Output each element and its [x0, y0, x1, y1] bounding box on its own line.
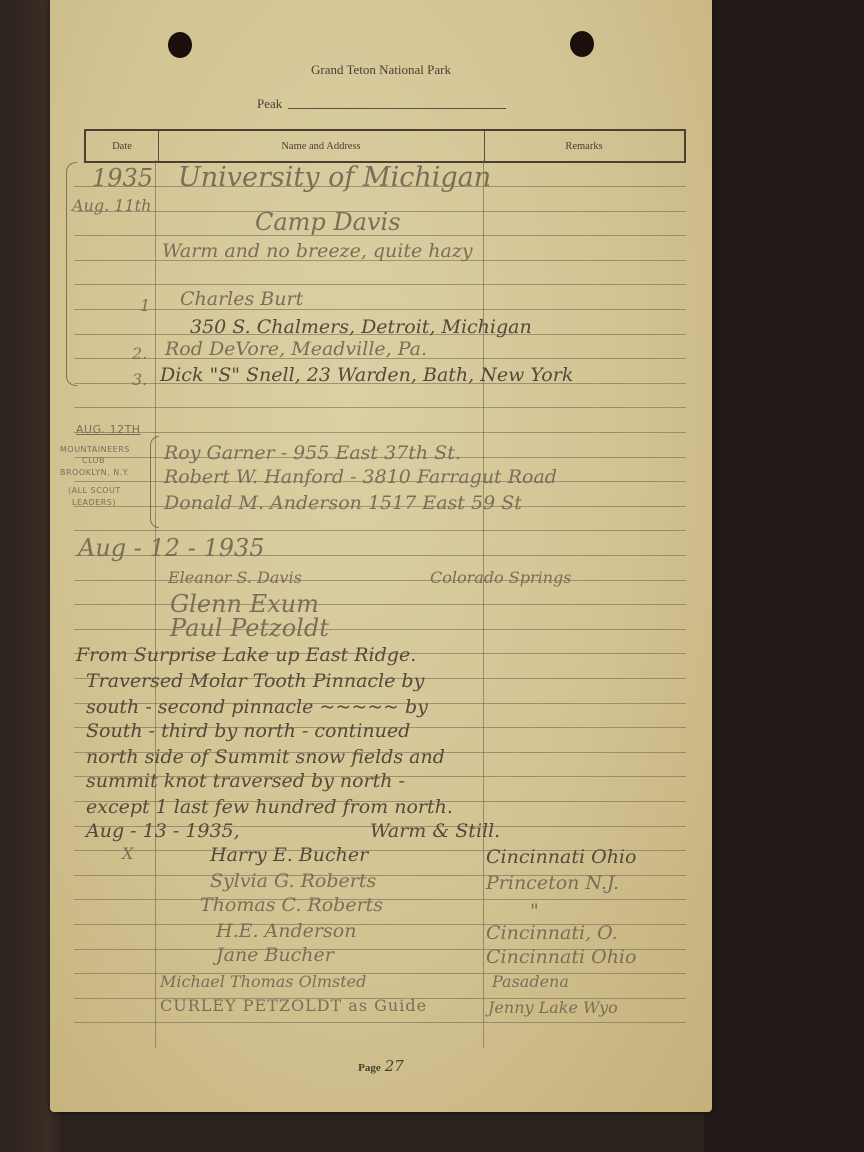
group2-note: LEADERS): [72, 499, 116, 507]
member-name: Robert W. Hanford - 3810 Farragut Road: [164, 468, 557, 487]
page-number-value: 27: [385, 1057, 404, 1075]
route-note: South - third by north - continued: [86, 722, 410, 741]
header-remarks: Remarks: [484, 131, 684, 161]
member-number: 3.: [132, 372, 147, 388]
member-remark: Jenny Lake Wyo: [488, 1000, 618, 1016]
member-name: Rod DeVore, Meadville, Pa.: [165, 340, 427, 359]
route-note: except 1 last few hundred from north.: [86, 798, 453, 817]
park-title: Grand Teton National Park: [50, 62, 712, 78]
group1-org: University of Michigan: [178, 164, 491, 191]
register-page: Grand Teton National Park Peak Date Name…: [50, 0, 712, 1112]
member-name: Charles Burt: [180, 290, 303, 309]
ruled-line: [74, 1022, 686, 1023]
group2-bracket: [150, 436, 159, 528]
ruled-line: [74, 604, 686, 605]
group1-weather: Warm and no breeze, quite hazy: [162, 242, 473, 261]
group1-year: 1935: [92, 166, 153, 190]
header-name-address: Name and Address: [158, 131, 485, 161]
member-name: Dick "S" Snell, 23 Warden, Bath, New Yor…: [160, 366, 573, 385]
member-name: Harry E. Bucher: [210, 846, 368, 865]
member-name: Eleanor S. Davis: [168, 570, 302, 586]
header-date: Date: [86, 131, 159, 161]
peak-field-line: [288, 108, 506, 109]
group1-camp: Camp Davis: [255, 210, 401, 234]
group3-date: Aug - 12 - 1935: [78, 536, 265, 560]
remarks-column-rule: [483, 160, 484, 1048]
member-remark: Princeton N.J.: [486, 874, 619, 893]
peak-label: Peak: [257, 96, 282, 112]
route-note: Traversed Molar Tooth Pinnacle by: [86, 672, 424, 691]
route-note: summit knot traversed by north -: [86, 772, 405, 791]
ruled-line: [74, 629, 686, 630]
member-name: Donald M. Anderson 1517 East 59 St: [164, 494, 522, 513]
member-name: CURLEY PETZOLDT as Guide: [160, 998, 427, 1014]
member-number: 2.: [132, 346, 147, 362]
ruled-line: [74, 407, 686, 408]
group4-mark: X: [122, 846, 133, 862]
ruled-line: [74, 580, 686, 581]
column-header: Date Name and Address Remarks: [84, 129, 686, 163]
group2-note: (ALL SCOUT: [68, 487, 121, 495]
member-name: Jane Bucher: [216, 946, 334, 965]
member-remark: Cincinnati Ohio: [486, 848, 636, 867]
group2-note: BROOKLYN, N.Y.: [60, 469, 130, 477]
member-name: Paul Petzoldt: [170, 616, 329, 640]
member-remark: Cincinnati Ohio: [486, 948, 636, 967]
ruled-line: [74, 284, 686, 285]
member-remark: Pasadena: [492, 974, 569, 990]
group2-note: CLUB: [82, 457, 105, 465]
background-right: [704, 0, 864, 1152]
punch-hole-right: [570, 31, 594, 57]
group2-note: MOUNTAINEERS: [60, 446, 130, 454]
ruled-line: [74, 530, 686, 531]
member-address: 350 S. Chalmers, Detroit, Michigan: [190, 318, 532, 337]
group4-weather: Warm & Still.: [370, 822, 500, 841]
group2-date: AUG. 12TH: [76, 424, 141, 435]
member-number: 1: [140, 298, 150, 314]
ruled-line: [74, 309, 686, 310]
member-remark: Colorado Springs: [430, 570, 572, 586]
member-name: H.E. Anderson: [216, 922, 356, 941]
route-note: north side of Summit snow fields and: [86, 748, 445, 767]
page-number: Page27: [50, 1057, 712, 1075]
punch-hole-left: [168, 32, 192, 58]
page-label: Page: [358, 1062, 381, 1074]
group1-date: Aug. 11th: [72, 198, 151, 214]
group4-date: Aug - 13 - 1935,: [86, 822, 240, 841]
date-column-rule: [155, 160, 156, 1048]
ruled-line: [74, 432, 686, 433]
route-note: From Surprise Lake up East Ridge.: [76, 646, 416, 665]
member-remark: Cincinnati, O.: [486, 924, 618, 943]
member-name: Sylvia G. Roberts: [210, 872, 376, 891]
member-name: Michael Thomas Olmsted: [160, 974, 366, 990]
route-note: south - second pinnacle ~~~~~ by: [86, 698, 428, 717]
member-name: Roy Garner - 955 East 37th St.: [164, 444, 461, 463]
member-name: Glenn Exum: [170, 592, 319, 616]
member-remark: ": [530, 902, 539, 921]
member-name: Thomas C. Roberts: [200, 896, 383, 915]
